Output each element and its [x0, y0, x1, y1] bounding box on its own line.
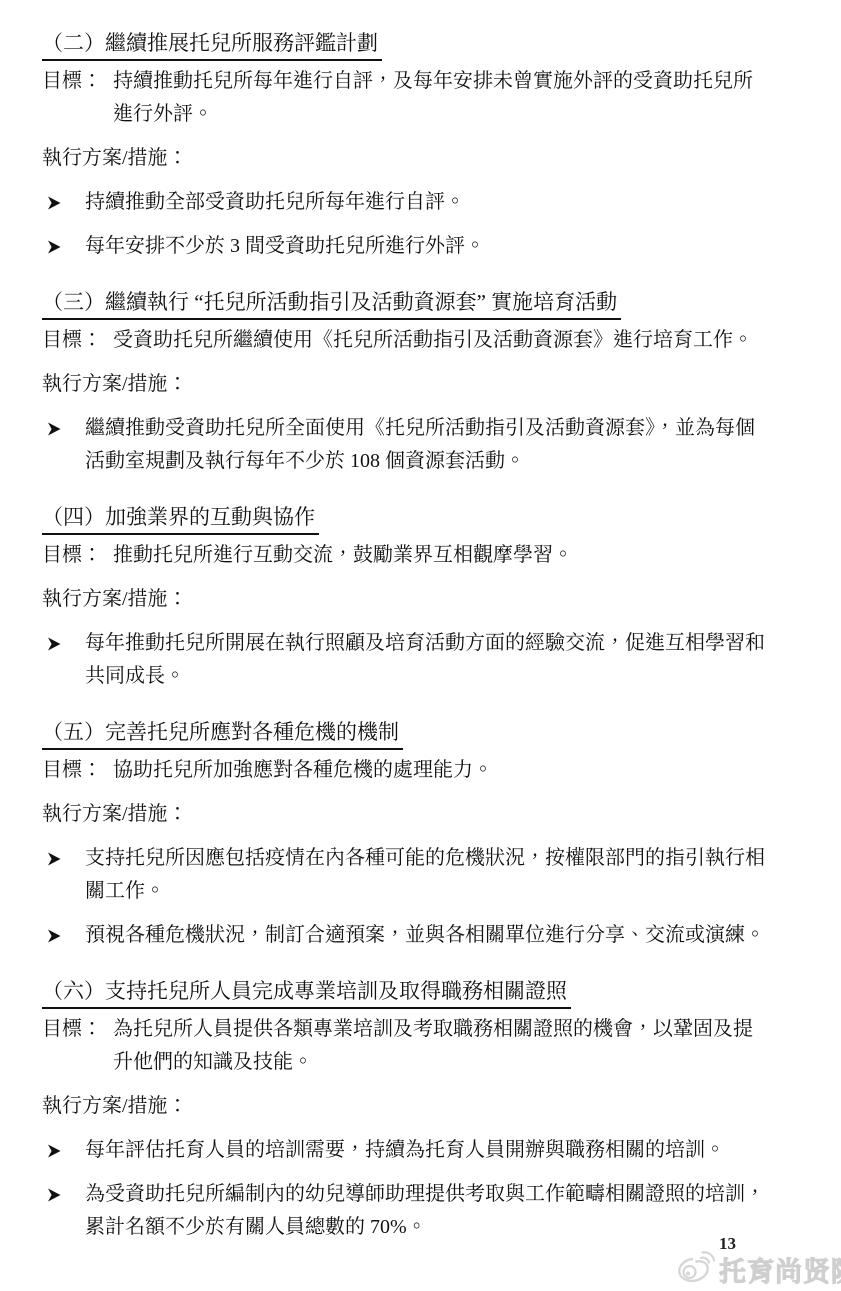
- goal-label: 目標：: [42, 65, 113, 131]
- bullet-text: 每年評估托育人員的培訓需要，持續為托育人員開辦與職務相關的培訓。: [85, 1134, 770, 1167]
- bullet-text: 每年推動托兒所開展在執行照顧及培育活動方面的經驗交流，促進互相學習和共同成長。: [85, 627, 770, 693]
- bullet-item: 支持托兒所因應包括疫情在內各種可能的危機狀況，按權限部門的指引執行相關工作。: [42, 842, 770, 908]
- bullet-text: 預視各種危機狀況，制訂合適預案，並與各相關單位進行分享、交流或演練。: [85, 919, 770, 952]
- goal-row: 目標： 持續推動托兒所每年進行自評，及每年安排未曾實施外評的受資助托兒所進行外評…: [42, 65, 770, 131]
- plan-label: 執行方案/措施：: [42, 142, 770, 175]
- document-page: （二）繼續推展托兒所服務評鑑計劃 目標： 持續推動托兒所每年進行自評，及每年安排…: [0, 0, 841, 1291]
- section-heading: （二）繼續推展托兒所服務評鑑計劃: [42, 30, 382, 61]
- bullet-item: 每年安排不少於 3 間受資助托兒所進行外評。: [42, 230, 770, 263]
- bullet-item: 預視各種危機狀況，制訂合適預案，並與各相關單位進行分享、交流或演練。: [42, 919, 770, 952]
- plan-label: 執行方案/措施：: [42, 583, 770, 616]
- goal-label: 目標：: [42, 324, 113, 357]
- goal-label: 目標：: [42, 754, 113, 787]
- goal-text: 持續推動托兒所每年進行自評，及每年安排未曾實施外評的受資助托兒所進行外評。: [113, 65, 770, 131]
- section: （二）繼續推展托兒所服務評鑑計劃 目標： 持續推動托兒所每年進行自評，及每年安排…: [42, 30, 770, 263]
- section: （五）完善托兒所應對各種危機的機制 目標： 協助托兒所加強應對各種危機的處理能力…: [42, 719, 770, 952]
- arrowhead-bullet-icon: [42, 186, 85, 219]
- arrowhead-bullet-icon: [42, 919, 85, 952]
- goal-row: 目標： 推動托兒所進行互動交流，鼓勵業界互相觀摩學習。: [42, 539, 770, 572]
- bullet-text: 繼續推動受資助托兒所全面使用《托兒所活動指引及活動資源套》，並為每個活動室規劃及…: [85, 412, 770, 478]
- bullet-item: 持續推動全部受資助托兒所每年進行自評。: [42, 186, 770, 219]
- arrowhead-bullet-icon: [42, 230, 85, 263]
- arrowhead-bullet-icon: [42, 412, 85, 478]
- plan-label: 執行方案/措施：: [42, 368, 770, 401]
- bullet-list: 每年評估托育人員的培訓需要，持續為托育人員開辦與職務相關的培訓。 為受資助托兒所…: [42, 1134, 770, 1244]
- bullet-item: 繼續推動受資助托兒所全面使用《托兒所活動指引及活動資源套》，並為每個活動室規劃及…: [42, 412, 770, 478]
- sections-container: （二）繼續推展托兒所服務評鑑計劃 目標： 持續推動托兒所每年進行自評，及每年安排…: [42, 30, 770, 1244]
- goal-label: 目標：: [42, 1013, 113, 1079]
- bullet-text: 持續推動全部受資助托兒所每年進行自評。: [85, 186, 770, 219]
- arrowhead-bullet-icon: [42, 627, 85, 693]
- goal-row: 目標： 為托兒所人員提供各類專業培訓及考取職務相關證照的機會，以鞏固及提升他們的…: [42, 1013, 770, 1079]
- arrowhead-bullet-icon: [42, 842, 85, 908]
- goal-text: 受資助托兒所繼續使用《托兒所活動指引及活動資源套》進行培育工作。: [113, 324, 770, 357]
- section: （四）加強業界的互動與協作 目標： 推動托兒所進行互動交流，鼓勵業界互相觀摩學習…: [42, 504, 770, 693]
- goal-text: 推動托兒所進行互動交流，鼓勵業界互相觀摩學習。: [113, 539, 770, 572]
- goal-label: 目標：: [42, 539, 113, 572]
- bullet-list: 每年推動托兒所開展在執行照顧及培育活動方面的經驗交流，促進互相學習和共同成長。: [42, 627, 770, 693]
- bullet-list: 持續推動全部受資助托兒所每年進行自評。 每年安排不少於 3 間受資助托兒所進行外…: [42, 186, 770, 263]
- section: （三）繼續執行 “托兒所活動指引及活動資源套” 實施培育活動 目標： 受資助托兒…: [42, 289, 770, 478]
- goal-text: 協助托兒所加強應對各種危機的處理能力。: [113, 754, 770, 787]
- section-heading: （四）加強業界的互動與協作: [42, 504, 319, 535]
- bullet-list: 支持托兒所因應包括疫情在內各種可能的危機狀況，按權限部門的指引執行相關工作。 預…: [42, 842, 770, 952]
- bullet-text: 為受資助托兒所編制內的幼兒導師助理提供考取與工作範疇相關證照的培訓，累計名額不少…: [85, 1178, 770, 1244]
- goal-row: 目標： 受資助托兒所繼續使用《托兒所活動指引及活動資源套》進行培育工作。: [42, 324, 770, 357]
- bullet-item: 為受資助托兒所編制內的幼兒導師助理提供考取與工作範疇相關證照的培訓，累計名額不少…: [42, 1178, 770, 1244]
- bullet-item: 每年推動托兒所開展在執行照顧及培育活動方面的經驗交流，促進互相學習和共同成長。: [42, 627, 770, 693]
- section-heading: （五）完善托兒所應對各種危機的機制: [42, 719, 403, 750]
- bullet-text: 每年安排不少於 3 間受資助托兒所進行外評。: [85, 230, 770, 263]
- plan-label: 執行方案/措施：: [42, 1090, 770, 1123]
- watermark: 托育尚贤院: [676, 1248, 841, 1291]
- arrowhead-bullet-icon: [42, 1178, 85, 1244]
- section: （六）支持托兒所人員完成專業培訓及取得職務相關證照 目標： 為托兒所人員提供各類…: [42, 978, 770, 1244]
- bullet-list: 繼續推動受資助托兒所全面使用《托兒所活動指引及活動資源套》，並為每個活動室規劃及…: [42, 412, 770, 478]
- plan-label: 執行方案/措施：: [42, 798, 770, 831]
- goal-text: 為托兒所人員提供各類專業培訓及考取職務相關證照的機會，以鞏固及提升他們的知識及技…: [113, 1013, 770, 1079]
- bullet-text: 支持托兒所因應包括疫情在內各種可能的危機狀況，按權限部門的指引執行相關工作。: [85, 842, 770, 908]
- section-heading: （六）支持托兒所人員完成專業培訓及取得職務相關證照: [42, 978, 571, 1009]
- watermark-text: 托育尚贤院: [719, 1250, 841, 1289]
- section-heading: （三）繼續執行 “托兒所活動指引及活動資源套” 實施培育活動: [42, 289, 621, 320]
- goal-row: 目標： 協助托兒所加強應對各種危機的處理能力。: [42, 754, 770, 787]
- bullet-item: 每年評估托育人員的培訓需要，持續為托育人員開辦與職務相關的培訓。: [42, 1134, 770, 1167]
- page-number: 13: [719, 1234, 736, 1254]
- arrowhead-bullet-icon: [42, 1134, 85, 1167]
- weibo-icon: [676, 1248, 716, 1291]
